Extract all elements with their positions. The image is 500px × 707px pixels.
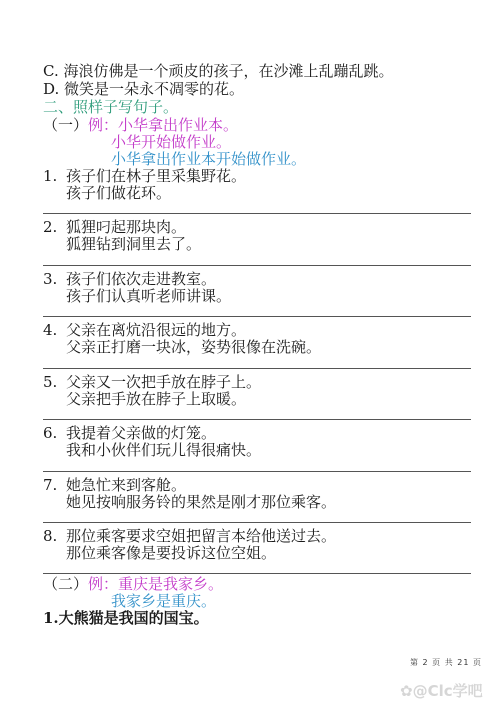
exercise-item-8: 8.那位乘客要求空姐把留言本给他送过去。	[43, 527, 336, 545]
example-line-1: 小华拿出作业本。	[118, 116, 238, 134]
part-1-label: （一）	[43, 116, 88, 134]
sentence-1: 父亲又一次把手放在脖子上。	[66, 373, 261, 391]
answer-line-7[interactable]	[43, 522, 471, 523]
example-prefix: 例：	[88, 116, 118, 134]
item-number: 3.	[43, 270, 66, 288]
item-number: 1.	[43, 167, 66, 185]
answer-line-4[interactable]	[43, 368, 471, 369]
exercise-item-3-sentence-2: 孩子们认真听老师讲课。	[66, 287, 231, 305]
answer-line-2[interactable]	[43, 265, 471, 266]
exercise-item-2: 2.狐狸叼起那块肉。	[43, 218, 186, 236]
exercise-item-1: 1.孩子们在林子里采集野花。	[43, 167, 246, 185]
watermark: ✿@Clc学吧	[400, 680, 483, 701]
example-prefix: 例：	[88, 575, 118, 593]
sentence-1: 大熊猫是我国的国宝。	[59, 609, 209, 627]
exercise-item-3: 3.孩子们依次走进教室。	[43, 270, 216, 288]
exercise-item-6-sentence-2: 我和小伙伴们玩儿得很痛快。	[66, 441, 261, 459]
part-2-example-answer: 我家乡是重庆。	[111, 592, 216, 610]
example-answer: 小华拿出作业本开始做作业。	[111, 150, 306, 168]
sentence-1: 孩子们在林子里采集野花。	[66, 167, 246, 185]
exercise-item-4-sentence-2: 父亲正打磨一块冰，姿势很像在洗碗。	[66, 338, 321, 356]
answer-line-5[interactable]	[43, 419, 471, 420]
item-number: 4.	[43, 321, 66, 339]
part-2-item-1: 1.大熊猫是我国的国宝。	[43, 609, 209, 627]
item-number: 1.	[43, 609, 59, 627]
answer-line-6[interactable]	[43, 471, 471, 472]
exercise-item-8-sentence-2: 那位乘客像是要投诉这位空姐。	[66, 544, 276, 562]
answer-line-1[interactable]	[43, 213, 471, 214]
option-d: D. 微笑是一朵永不凋零的花。	[43, 80, 244, 98]
exercise-item-2-sentence-2: 狐狸钻到洞里去了。	[66, 235, 201, 253]
exercise-item-5: 5.父亲又一次把手放在脖子上。	[43, 373, 261, 391]
exercise-item-4: 4.父亲在离炕沿很远的地方。	[43, 321, 246, 339]
section-2-title: 二、照样子写句子。	[43, 98, 178, 116]
exercise-item-1-sentence-2: 孩子们做花环。	[66, 184, 171, 202]
item-number: 2.	[43, 218, 66, 236]
exercise-item-7-sentence-2: 她见按响服务铃的果然是刚才那位乘客。	[66, 493, 336, 511]
sentence-1: 父亲在离炕沿很远的地方。	[66, 321, 246, 339]
example-line-2: 小华开始做作业。	[111, 133, 231, 151]
exercise-item-7: 7.她急忙来到客舱。	[43, 476, 186, 494]
answer-line-3[interactable]	[43, 316, 471, 317]
page-number: 第 2 页 共 21 页	[410, 657, 482, 668]
item-number: 5.	[43, 373, 66, 391]
example-line-1: 重庆是我家乡。	[118, 575, 223, 593]
item-number: 8.	[43, 527, 66, 545]
sentence-1: 她急忙来到客舱。	[66, 476, 186, 494]
exercise-item-5-sentence-2: 父亲把手放在脖子上取暖。	[66, 390, 246, 408]
item-number: 6.	[43, 424, 66, 442]
sentence-1: 狐狸叼起那块肉。	[66, 218, 186, 236]
sentence-1: 孩子们依次走进教室。	[66, 270, 216, 288]
answer-line-8[interactable]	[43, 573, 471, 574]
sentence-1: 那位乘客要求空姐把留言本给他送过去。	[66, 527, 336, 545]
option-c: C. 海浪仿佛是一个顽皮的孩子，在沙滩上乱蹦乱跳。	[43, 62, 393, 80]
part-2-label: （二）	[43, 575, 88, 593]
sentence-1: 我提着父亲做的灯笼。	[66, 424, 216, 442]
part-2-example-header: （二）例：重庆是我家乡。	[43, 575, 223, 593]
item-number: 7.	[43, 476, 66, 494]
exercise-item-6: 6.我提着父亲做的灯笼。	[43, 424, 216, 442]
part-1-example-header: （一）例：小华拿出作业本。	[43, 116, 238, 134]
